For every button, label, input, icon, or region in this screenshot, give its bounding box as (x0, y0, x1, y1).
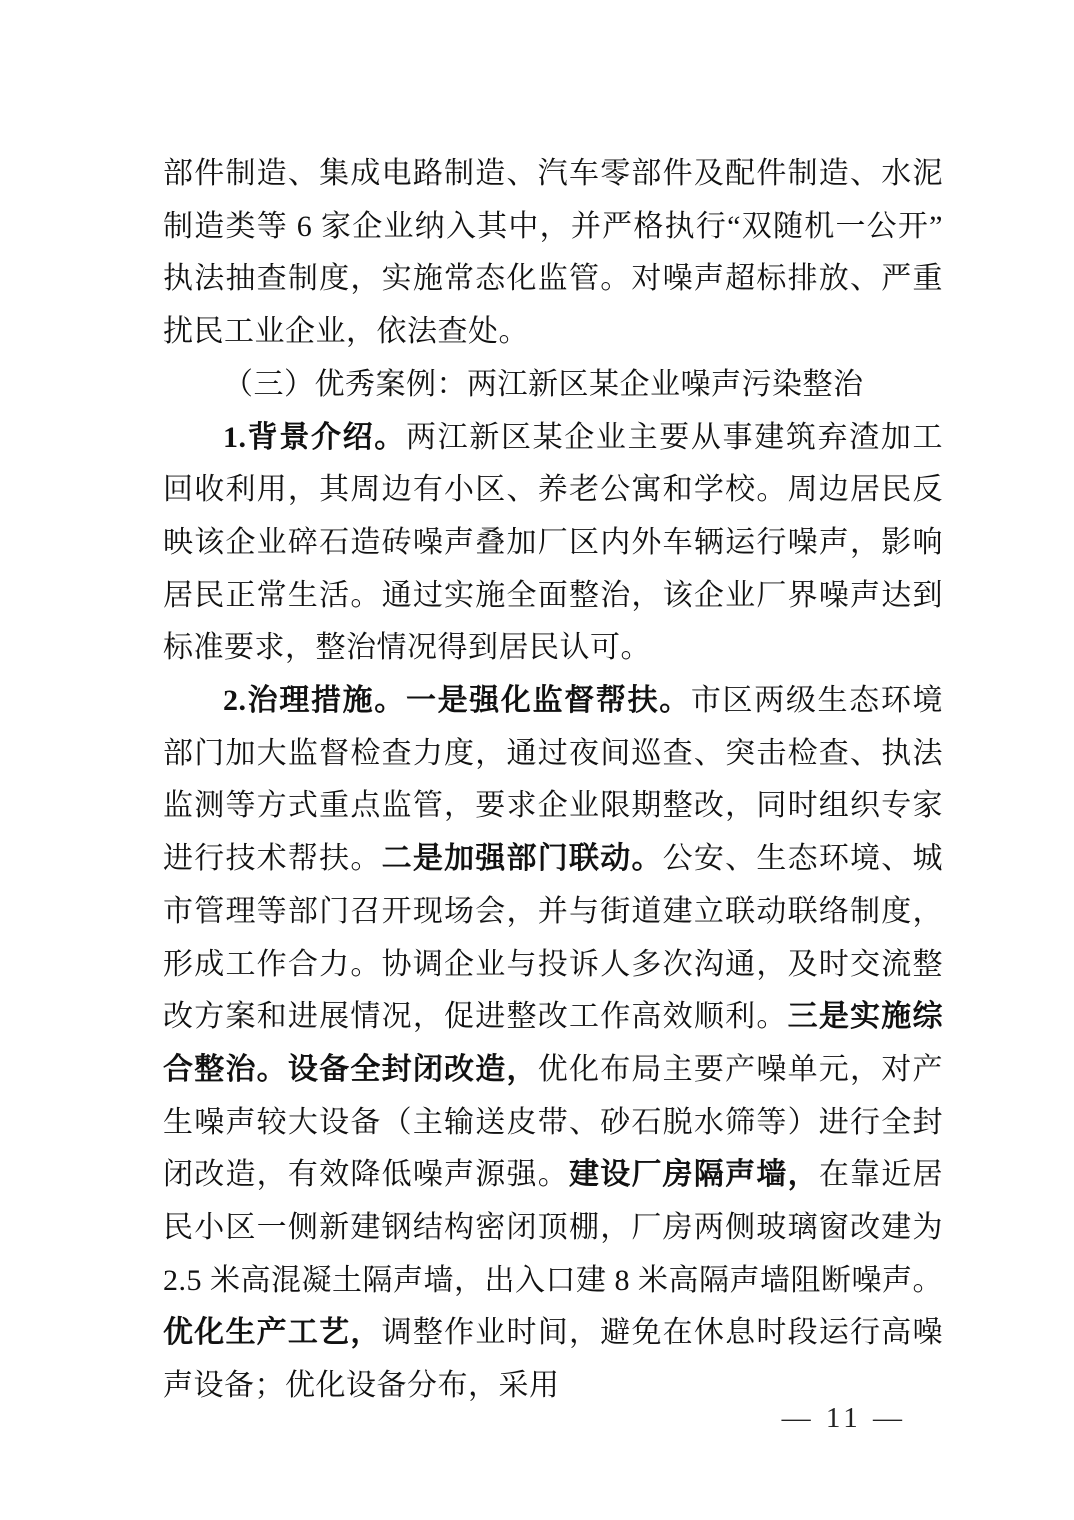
bold-text-run: 二是加强部门联动。 (382, 842, 663, 875)
bold-text-run: 2.治理措施。一是强化监督帮扶。 (223, 684, 691, 717)
text-run: 部件制造、集成电路制造、汽车零部件及配件制造、水泥制造类等 6 家企业纳入其中，… (163, 157, 943, 348)
text-run: （三）优秀案例：两江新区某企业噪声污染整治 (223, 368, 864, 401)
bold-text-run: 1.背景介绍。 (223, 421, 406, 454)
document-body: 部件制造、集成电路制造、汽车零部件及配件制造、水泥制造类等 6 家企业纳入其中，… (163, 148, 943, 1413)
bold-text-run: 建设厂房隔声墙， (569, 1158, 819, 1191)
paragraph-background-intro: 1.背景介绍。两江新区某企业主要从事建筑弃渣加工回收利用，其周边有小区、养老公寓… (163, 412, 943, 676)
text-run: 两江新区某企业主要从事建筑弃渣加工回收利用，其周边有小区、养老公寓和学校。周边居… (163, 421, 943, 665)
page-number: — 11 — (782, 1396, 906, 1440)
paragraph-continuation: 部件制造、集成电路制造、汽车零部件及配件制造、水泥制造类等 6 家企业纳入其中，… (163, 148, 943, 359)
bold-text-run: 优化生产工艺， (163, 1316, 382, 1349)
section-heading: （三）优秀案例：两江新区某企业噪声污染整治 (163, 359, 943, 412)
paragraph-treatment-measures: 2.治理措施。一是强化监督帮扶。市区两级生态环境部门加大监督检查力度，通过夜间巡… (163, 675, 943, 1413)
document-page: 部件制造、集成电路制造、汽车零部件及配件制造、水泥制造类等 6 家企业纳入其中，… (0, 0, 1074, 1520)
